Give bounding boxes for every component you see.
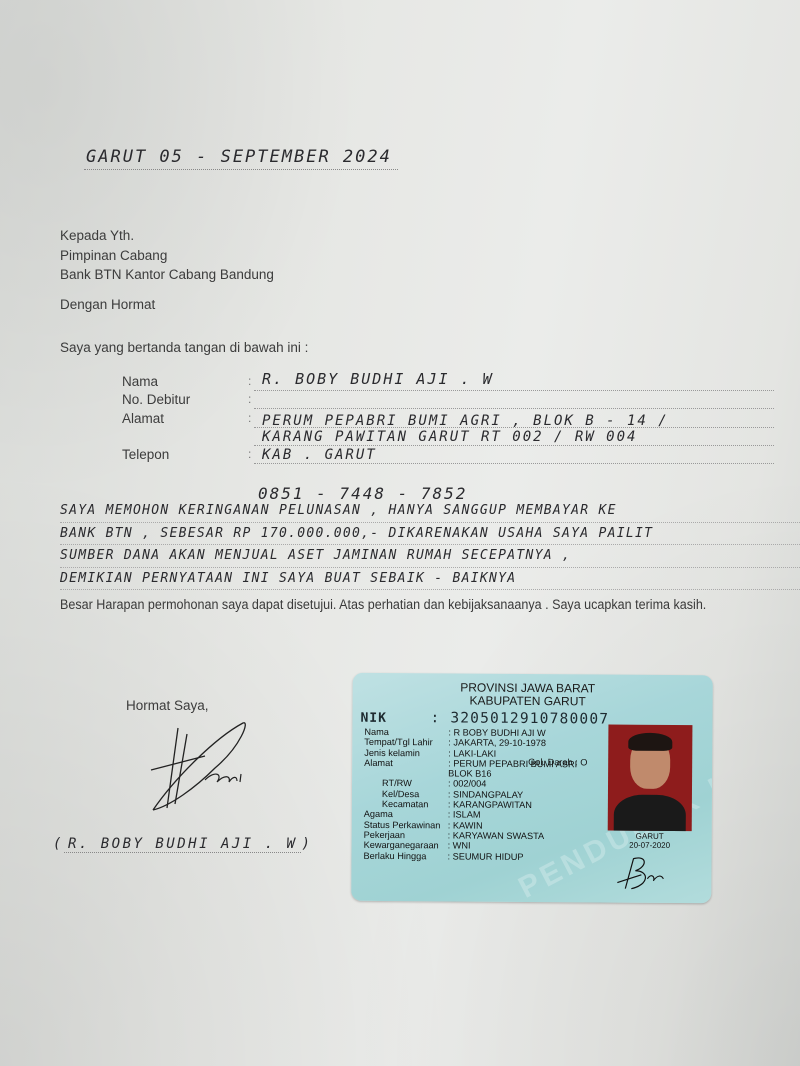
field-label-alamat: Alamat: [122, 411, 164, 426]
id-issue-date: 20-07-2020: [608, 841, 692, 851]
id-field-key: Pekerjaan: [364, 830, 405, 841]
recipient-line: Kepada Yth.: [60, 226, 274, 246]
id-field-value: : KARANGPAWITAN: [448, 799, 532, 810]
signed-name-text: R. BOBY BUDHI AJI . W: [64, 836, 302, 853]
statement-line: DEMIKIAN PERNYATAAN INI SAYA BUAT SEBAIK…: [60, 568, 800, 591]
field-separator: :: [248, 374, 251, 388]
field-label-nama: Nama: [122, 374, 158, 389]
field-value-alamat-cont: KARANG PAWITAN GARUT RT 002 / RW 004: [262, 429, 637, 445]
salutation: Dengan Hormat: [60, 297, 155, 312]
place-date: GARUT 05 - SEPTEMBER 2024: [84, 147, 398, 170]
id-blood-type: Gol. Darah : O: [528, 757, 587, 767]
id-field-key: Berlaku Hingga: [363, 850, 426, 861]
statement-line: BANK BTN , SEBESAR RP 170.000.000,- DIKA…: [60, 523, 800, 546]
id-header: PROVINSI JAWA BARAT KABUPATEN GARUT: [413, 681, 643, 709]
intro-text: Saya yang bertanda tangan di bawah ini :: [60, 340, 308, 355]
recipient-line: Pimpinan Cabang: [60, 246, 274, 266]
id-nik: : 3205012910780007: [430, 710, 609, 727]
id-field-value: : R BOBY BUDHI AJI W: [448, 727, 545, 738]
id-field-key: RT/RW: [382, 778, 412, 789]
statement-block: SAYA MEMOHON KERINGANAN PELUNASAN , HANY…: [60, 500, 800, 590]
id-field-key: Jenis kelamin: [364, 747, 420, 758]
id-field-value: : KARYAWAN SWASTA: [448, 830, 545, 841]
id-field-key: Tempat/Tgl Lahir: [364, 737, 433, 748]
signed-name: (R. BOBY BUDHI AJI . W): [53, 836, 312, 852]
field-separator: :: [248, 447, 251, 461]
id-field-value: : KAWIN: [448, 820, 483, 831]
photo-hair: [628, 733, 672, 751]
id-field-key: Alamat: [364, 758, 393, 768]
closing-text: Besar Harapan permohonan saya dapat dise…: [60, 597, 706, 612]
id-field-key: Kel/Desa: [382, 789, 419, 800]
id-nik-label: NIK: [360, 711, 387, 726]
recipient-block: Kepada Yth. Pimpinan Cabang Bank BTN Kan…: [60, 226, 274, 285]
regards-text: Hormat Saya,: [126, 698, 209, 713]
statement-line: SAYA MEMOHON KERINGANAN PELUNASAN , HANY…: [60, 500, 800, 523]
dotted-line: [254, 390, 774, 391]
id-field-value: : JAKARTA, 29-10-1978: [448, 738, 546, 749]
field-label-no-debitur: No. Debitur: [122, 392, 190, 407]
dotted-line: [254, 463, 774, 464]
id-field-value: : LAKI-LAKI: [448, 748, 496, 759]
id-photo: [608, 725, 693, 832]
field-value-telepon: KAB . GARUT: [262, 447, 377, 463]
statement-line: SUMBER DANA AKAN MENJUAL ASET JAMINAN RU…: [60, 545, 800, 568]
id-field-value: BLOK B16: [448, 769, 491, 780]
signature-icon: [145, 718, 255, 813]
field-separator: :: [248, 392, 251, 406]
id-regency: KABUPATEN GARUT: [413, 694, 643, 709]
id-field-key: Kewarganegaraan: [364, 840, 439, 851]
id-field-value: : 002/004: [448, 779, 486, 790]
field-separator: :: [248, 411, 251, 425]
id-card: PENDUDUK KARTU PROVINSI JAWA BARAT KABUP…: [351, 673, 713, 904]
recipient-line: Bank BTN Kantor Cabang Bandung: [60, 265, 274, 285]
id-signature-icon: [613, 853, 673, 893]
id-field-value: : WNI: [448, 841, 471, 851]
photo-body: [614, 795, 686, 832]
id-fields: Nama: R BOBY BUDHI AJI WTempat/Tgl Lahir…: [363, 727, 364, 861]
id-issue: GARUT 20-07-2020: [608, 832, 692, 851]
id-field-key: Kecamatan: [382, 799, 429, 810]
field-value-alamat: PERUM PEPABRI BUMI AGRI , BLOK B - 14 /: [262, 413, 669, 429]
id-field-key: Nama: [364, 727, 389, 737]
id-field-key: Status Perkawinan: [364, 819, 441, 830]
id-field-value: : SEUMUR HIDUP: [447, 851, 523, 862]
dotted-line: [254, 408, 774, 409]
field-value-nama: R. BOBY BUDHI AJI . W: [262, 370, 494, 388]
dotted-line: [254, 445, 774, 446]
id-field-value: : ISLAM: [448, 810, 481, 821]
id-field-key: Agama: [364, 809, 393, 819]
field-label-telepon: Telepon: [122, 447, 169, 462]
id-field-value: : SINDANGPALAY: [448, 789, 523, 800]
